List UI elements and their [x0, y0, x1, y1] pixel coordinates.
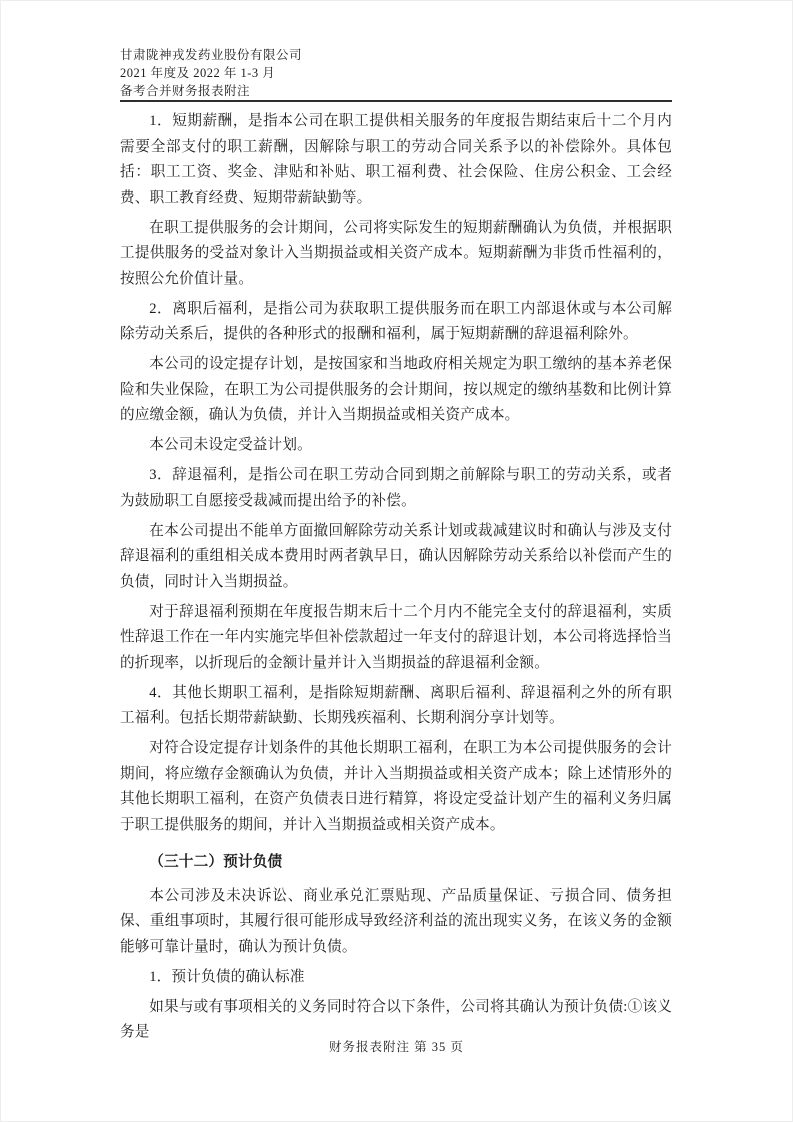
document-body: 1．短期薪酬，是指本公司在职工提供相关服务的年度报告期结束后十二个月内需要全部支…: [120, 109, 672, 1046]
paragraph-recognition-criteria-label: 1．预计负债的确认标准: [120, 965, 672, 991]
section-heading-estimated-liabilities: （三十二）预计负债: [120, 850, 672, 876]
paragraph-estimated-liabilities-scope: 本公司涉及未决诉讼、商业承兑汇票贴现、产品质量保证、亏损合同、债务担保、重组事项…: [120, 884, 672, 961]
paragraph-other-long-term-benefits-treatment: 对符合设定提存计划条件的其他长期职工福利，在职工为本公司提供服务的会计期间，将应…: [120, 736, 672, 838]
page-footer: 财务报表附注 第 35 页: [0, 1038, 793, 1056]
paragraph-short-term-pay: 1．短期薪酬，是指本公司在职工提供相关服务的年度报告期结束后十二个月内需要全部支…: [120, 109, 672, 211]
document-page: 甘肃陇神戎发药业股份有限公司 2021 年度及 2022 年 1-3 月 备考合…: [0, 0, 793, 1122]
paragraph-termination-discounting: 对于辞退福利预期在年度报告期末后十二个月内不能完全支付的辞退福利，实质性辞退工作…: [120, 600, 672, 677]
header-report-period: 2021 年度及 2022 年 1-3 月: [120, 64, 672, 82]
paragraph-defined-contribution-plan: 本公司的设定提存计划，是按国家和当地政府相关规定为职工缴纳的基本养老保险和失业保…: [120, 352, 672, 429]
paragraph-no-defined-benefit-plan: 本公司未设定受益计划。: [120, 433, 672, 459]
document-header: 甘肃陇神戎发药业股份有限公司 2021 年度及 2022 年 1-3 月 备考合…: [120, 0, 672, 102]
paragraph-termination-liability-recognition: 在本公司提出不能单方面撤回解除劳动关系计划或裁减建议时和确认与涉及支付辞退福利的…: [120, 519, 672, 596]
paragraph-other-long-term-benefits: 4．其他长期职工福利，是指除短期薪酬、离职后福利、辞退福利之外的所有职工福利。包…: [120, 681, 672, 732]
header-company-name: 甘肃陇神戎发药业股份有限公司: [120, 46, 672, 64]
footer-page-label: 财务报表附注 第 35 页: [329, 1040, 464, 1054]
paragraph-short-term-pay-recognition: 在职工提供服务的会计期间，公司将实际发生的短期薪酬确认为负债，并根据职工提供服务…: [120, 216, 672, 293]
paragraph-termination-benefits: 3．辞退福利，是指公司在职工劳动合同到期之前解除与职工的劳动关系，或者为鼓励职工…: [120, 463, 672, 514]
paragraph-post-employment-benefits: 2．离职后福利，是指公司为获取职工提供服务而在职工内部退休或与本公司解除劳动关系…: [120, 297, 672, 348]
header-report-title: 备考合并财务报表附注: [120, 82, 672, 100]
